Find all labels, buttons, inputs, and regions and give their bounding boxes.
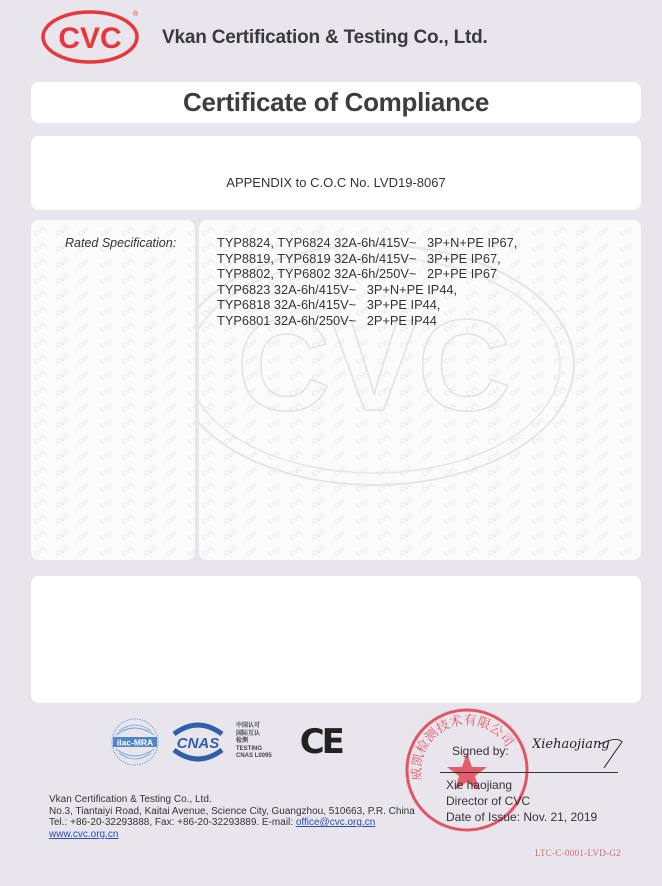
email-link[interactable]: office@cvc.org.cn	[296, 817, 375, 828]
svg-text:ilac-MRA: ilac-MRA	[117, 738, 153, 748]
cvc-logo: CVC ®	[40, 8, 148, 64]
website-link[interactable]: www.cvc.org.cn	[49, 829, 118, 840]
cnas-accreditation-text: 中国认可国际互认检测TESTINGCNAS L0095	[236, 723, 272, 761]
footer-company: Vkan Certification & Testing Co., Ltd.	[49, 794, 415, 806]
svg-text:CNAS: CNAS	[177, 735, 220, 752]
signed-by-label: Signed by:	[452, 744, 509, 758]
registered-mark: ®	[133, 10, 139, 18]
spec-line: TYP8824, TYP6824 32A-6h/415V~ 3P+N+PE IP…	[217, 235, 517, 251]
spec-line: TYP8819, TYP6819 32A-6h/415V~ 3P+PE IP67…	[217, 251, 517, 267]
spec-list: TYP8824, TYP6824 32A-6h/415V~ 3P+N+PE IP…	[217, 235, 517, 329]
signature-block: 威凯检测技术有限公司 Signed by: Xiehaojiang Xie ha…	[440, 720, 640, 840]
spec-line: TYP8802, TYP6802 32A-6h/250V~ 2P+PE IP67	[217, 266, 517, 282]
logo-text: CVC	[58, 22, 121, 55]
cnas-text-line: 检测	[236, 738, 272, 746]
appendix-reference: APPENDIX to C.O.C No. LVD19-8067	[226, 175, 445, 190]
signatory-title: Director of CVC	[446, 794, 530, 808]
cnas-text-line: 中国认可	[236, 723, 272, 731]
cnas-text-line: TESTING	[236, 746, 272, 754]
signatory-name: Xie haojiang	[446, 778, 512, 792]
footer-address: No.3, Tiantaiyi Road, Kaitai Avenue, Sci…	[49, 806, 415, 818]
footer-phone-fax: Tel.: +86-20-32293888, Fax: +86-20-32293…	[49, 817, 296, 828]
rated-specification-label: Rated Specification:	[65, 236, 176, 250]
accreditation-logos: ilac-MRA CNAS 中国认可国际互认检测TESTINGCNAS L009…	[110, 712, 342, 772]
date-of-issue: Date of Issue: Nov. 21, 2019	[446, 810, 597, 824]
ce-mark-icon: CE	[300, 722, 342, 762]
spec-label-panel: Rated Specification:	[31, 220, 195, 560]
spec-line: TYP6823 32A-6h/415V~ 3P+N+PE IP44,	[217, 282, 517, 298]
appendix-panel: APPENDIX to C.O.C No. LVD19-8067	[31, 136, 641, 210]
footer-contact: Vkan Certification & Testing Co., Ltd. N…	[49, 794, 415, 840]
document-code: LTC-C-0001-LVD-G2	[535, 848, 621, 858]
cnas-text-line: CNAS L0095	[236, 753, 272, 761]
cnas-icon: CNAS	[168, 720, 228, 764]
ilac-mra-icon: ilac-MRA	[110, 717, 160, 767]
spec-line: TYP6818 32A-6h/415V~ 3P+PE IP44,	[217, 297, 517, 313]
signature-line	[440, 772, 618, 773]
handwritten-signature: Xiehaojiang	[532, 726, 627, 771]
footer-contact-line: Tel.: +86-20-32293888, Fax: +86-20-32293…	[49, 817, 415, 829]
spec-values-panel: CVC TYP8824, TYP6824 32A-6h/415V~ 3P+N+P…	[199, 220, 641, 560]
remarks-panel	[31, 576, 641, 703]
svg-text:Xiehaojiang: Xiehaojiang	[532, 737, 610, 752]
title-panel: Certificate of Compliance	[31, 82, 641, 123]
spec-line: TYP6801 32A-6h/250V~ 2P+PE IP44	[217, 313, 517, 329]
certificate-header: CVC ® Vkan Certification & Testing Co., …	[40, 6, 640, 66]
page-title: Certificate of Compliance	[183, 87, 489, 118]
company-name: Vkan Certification & Testing Co., Ltd.	[162, 27, 488, 49]
